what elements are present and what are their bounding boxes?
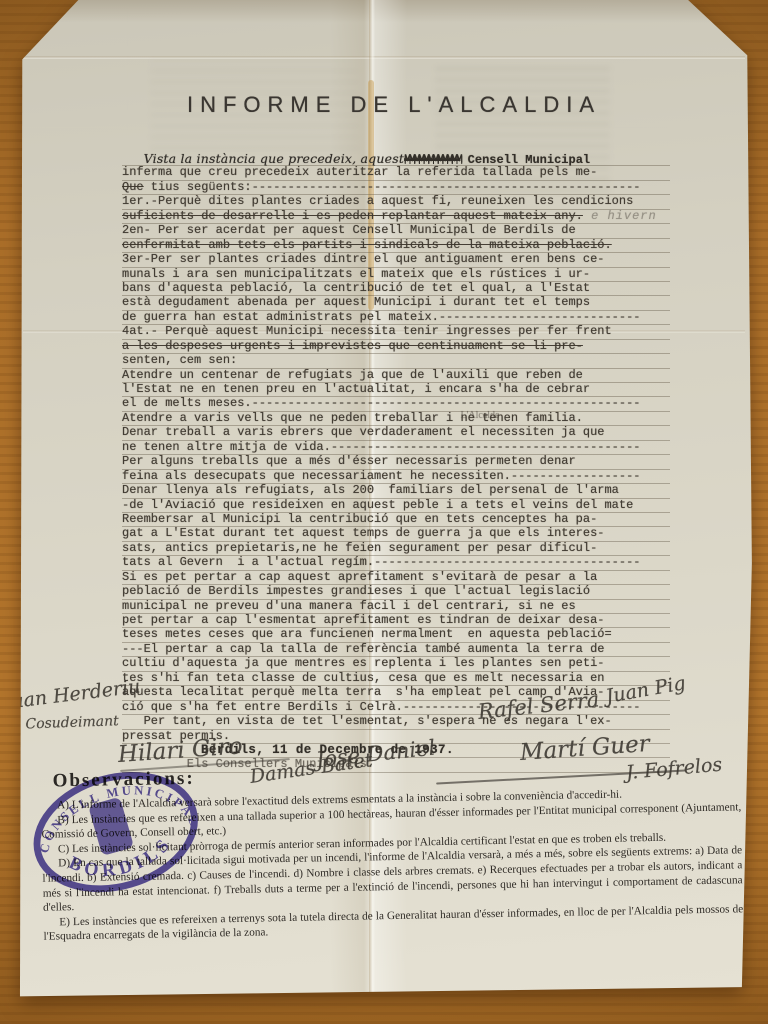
typed-line: peblació de Berdils impestes grandieses … bbox=[122, 585, 670, 599]
typed-line: Si es pet pertar a cap aquest aprefitame… bbox=[122, 571, 670, 585]
typed-text-segment: 1er.-Perquè dites plantes criades a aque… bbox=[122, 194, 633, 208]
typed-line: Per tant, en vista de tet l'esmentat, s'… bbox=[122, 715, 670, 729]
typed-text-segment: sats, antics prepietaris,ne he feien seg… bbox=[122, 541, 597, 555]
typed-line: 4at.- Perquè aquest Municipi necessita t… bbox=[122, 325, 670, 339]
typed-line: Atendre un centenar de refugiats ja que … bbox=[122, 369, 670, 383]
typed-text-segment: ---El pertar a cap la talla de referènci… bbox=[122, 642, 604, 656]
typed-text-segment: 4at.- Perquè aquest Municipi necessita t… bbox=[122, 324, 612, 338]
typed-text-segment: cenfermitat amb tets els partits i sindi… bbox=[122, 238, 612, 252]
typed-text-segment: feina als desecupats que necessariament … bbox=[122, 469, 640, 483]
typed-text-segment: -de l'Aviació que resideixen en aquest p… bbox=[122, 498, 633, 512]
typed-text-segment: peblació de Berdils impestes grandieses … bbox=[122, 584, 590, 598]
typed-line: 1er.-Perquè dites plantes criades a aque… bbox=[122, 195, 670, 209]
typed-text-segment: ne tenen altre mitja de vida.-----------… bbox=[122, 440, 640, 454]
typed-text-segment: tats al Gevern i a l'actual regím.------… bbox=[122, 555, 640, 569]
typed-line: el de melts meses.----------------------… bbox=[122, 397, 670, 411]
horizontal-fold-crease bbox=[23, 56, 745, 59]
typed-text-segment: Si es pet pertar a cap aquest aprefitame… bbox=[122, 570, 597, 584]
typed-line: -de l'Aviació que resideixen en aquest p… bbox=[122, 499, 670, 513]
typed-text-segment: Vista la instància que precedeix, aquest bbox=[144, 151, 404, 166]
typed-line: feina als desecupats que necessariament … bbox=[122, 470, 670, 484]
typed-line: inferma que creu precedeix auteritzar la… bbox=[122, 166, 670, 180]
typed-line: 3er-Per ser plantes criades dintre el qu… bbox=[122, 253, 670, 267]
photo-of-document: INFORME DE L'ALCALDIA Vista la instància… bbox=[0, 0, 768, 1024]
typed-text-segment: gat a L'Estat durant tet aquest temps de… bbox=[122, 526, 604, 540]
typed-text-segment: pet pertar a cap l'esmentat aprefitament… bbox=[122, 613, 604, 627]
document-title: INFORME DE L'ALCALDIA bbox=[20, 92, 768, 118]
paper-sheet: INFORME DE L'ALCALDIA Vista la instància… bbox=[0, 0, 768, 1024]
paper-surface: INFORME DE L'ALCALDIA Vista la instància… bbox=[0, 0, 768, 1024]
typed-body-text: Vista la instància que precedeix, aquest… bbox=[122, 152, 670, 773]
typed-text-segment: tes s'hi fan teta classe de cultius, ces… bbox=[122, 671, 604, 685]
handwritten-signature: Juan Herderiu bbox=[3, 675, 142, 714]
typed-text-segment: l'Estat ne en tenen preu en l'actualitat… bbox=[122, 382, 590, 396]
typed-line: cenfermitat amb tets els partits i sindi… bbox=[122, 239, 670, 253]
typed-text-segment: Per alguns treballs que a més d'ésser ne… bbox=[122, 454, 576, 468]
typed-text-segment: Reembersar al Municipi la centribució qu… bbox=[122, 512, 597, 526]
typed-line: teses metes ceses que ara funcienen nerm… bbox=[122, 628, 670, 642]
typed-text-segment: e hivern bbox=[583, 209, 657, 223]
typed-text-segment: a les despeses urgents i imprevistes que… bbox=[122, 339, 583, 353]
typed-text-segment: Denar treball a varis ebrers que verdade… bbox=[122, 425, 604, 439]
typed-text-segment: 2en- Per ser acerdat per aquest Censell … bbox=[122, 223, 576, 237]
typed-line: cultiu d'aquesta ja que mentres es reple… bbox=[122, 657, 670, 671]
typed-line: senten, cem sen: bbox=[122, 354, 670, 368]
typed-text-segment: cultiu d'aquesta ja que mentres es reple… bbox=[122, 656, 604, 670]
typed-text-segment: inferma que creu precedeix auteritzar la… bbox=[122, 165, 597, 179]
typed-text-segment: bans d'aquesta peblació, la centribució … bbox=[122, 281, 590, 295]
typed-text-segment: 3er-Per ser plantes criades dintre el qu… bbox=[122, 252, 604, 266]
typed-line: està degudament abenada per aquest Munic… bbox=[122, 296, 670, 310]
typed-line: a les despeses urgents i imprevistes que… bbox=[122, 340, 670, 354]
typed-line: Denar llenya als refugiats, als 200 fami… bbox=[122, 484, 670, 498]
typed-line: gat a L'Estat durant tet aquest temps de… bbox=[122, 527, 670, 541]
typed-line: 2en- Per ser acerdat per aquest Censell … bbox=[122, 224, 670, 238]
typed-text-segment: suficients de desarrelle i es peden repl… bbox=[122, 209, 583, 223]
typed-text-segment: Que bbox=[122, 180, 144, 194]
typed-text-segment: municipal ne preveu d'una manera facil i… bbox=[122, 599, 576, 613]
typed-text-segment: tius següents: bbox=[144, 180, 252, 194]
typed-line: Denar treball a varis ebrers que verdade… bbox=[122, 426, 670, 440]
typed-line: munals i ara sen municipalitzats el mate… bbox=[122, 268, 670, 282]
typed-text-segment: està degudament abenada per aquest Munic… bbox=[122, 295, 590, 309]
typed-text-segment: teses metes ceses que ara funcienen nerm… bbox=[122, 627, 612, 641]
typed-text-segment: munals i ara sen municipalitzats el mate… bbox=[122, 267, 590, 281]
typed-line: Per alguns treballs que a més d'ésser ne… bbox=[122, 455, 670, 469]
typed-text-segment: Denar llenya als refugiats, als 200 fami… bbox=[122, 483, 619, 497]
typed-text-segment: ----------------------------------------… bbox=[252, 180, 641, 194]
typed-text-segment: Atendre un centenar de refugiats ja que … bbox=[122, 368, 583, 382]
typed-text-segment: el de melts meses.----------------------… bbox=[122, 396, 640, 410]
handwritten-signature: P. Cosudeimant bbox=[10, 713, 119, 733]
typed-line: tats al Gevern i a l'actual regím.------… bbox=[122, 556, 670, 570]
typed-text-segment: de guerra han estat administrats pel mat… bbox=[122, 310, 640, 324]
typed-text-segment: Atendre a varis vells que ne peden treba… bbox=[122, 411, 460, 425]
typed-text-segment: senten, cem sen: bbox=[122, 353, 237, 367]
typed-line: municipal ne preveu d'una manera facil i… bbox=[122, 600, 670, 614]
